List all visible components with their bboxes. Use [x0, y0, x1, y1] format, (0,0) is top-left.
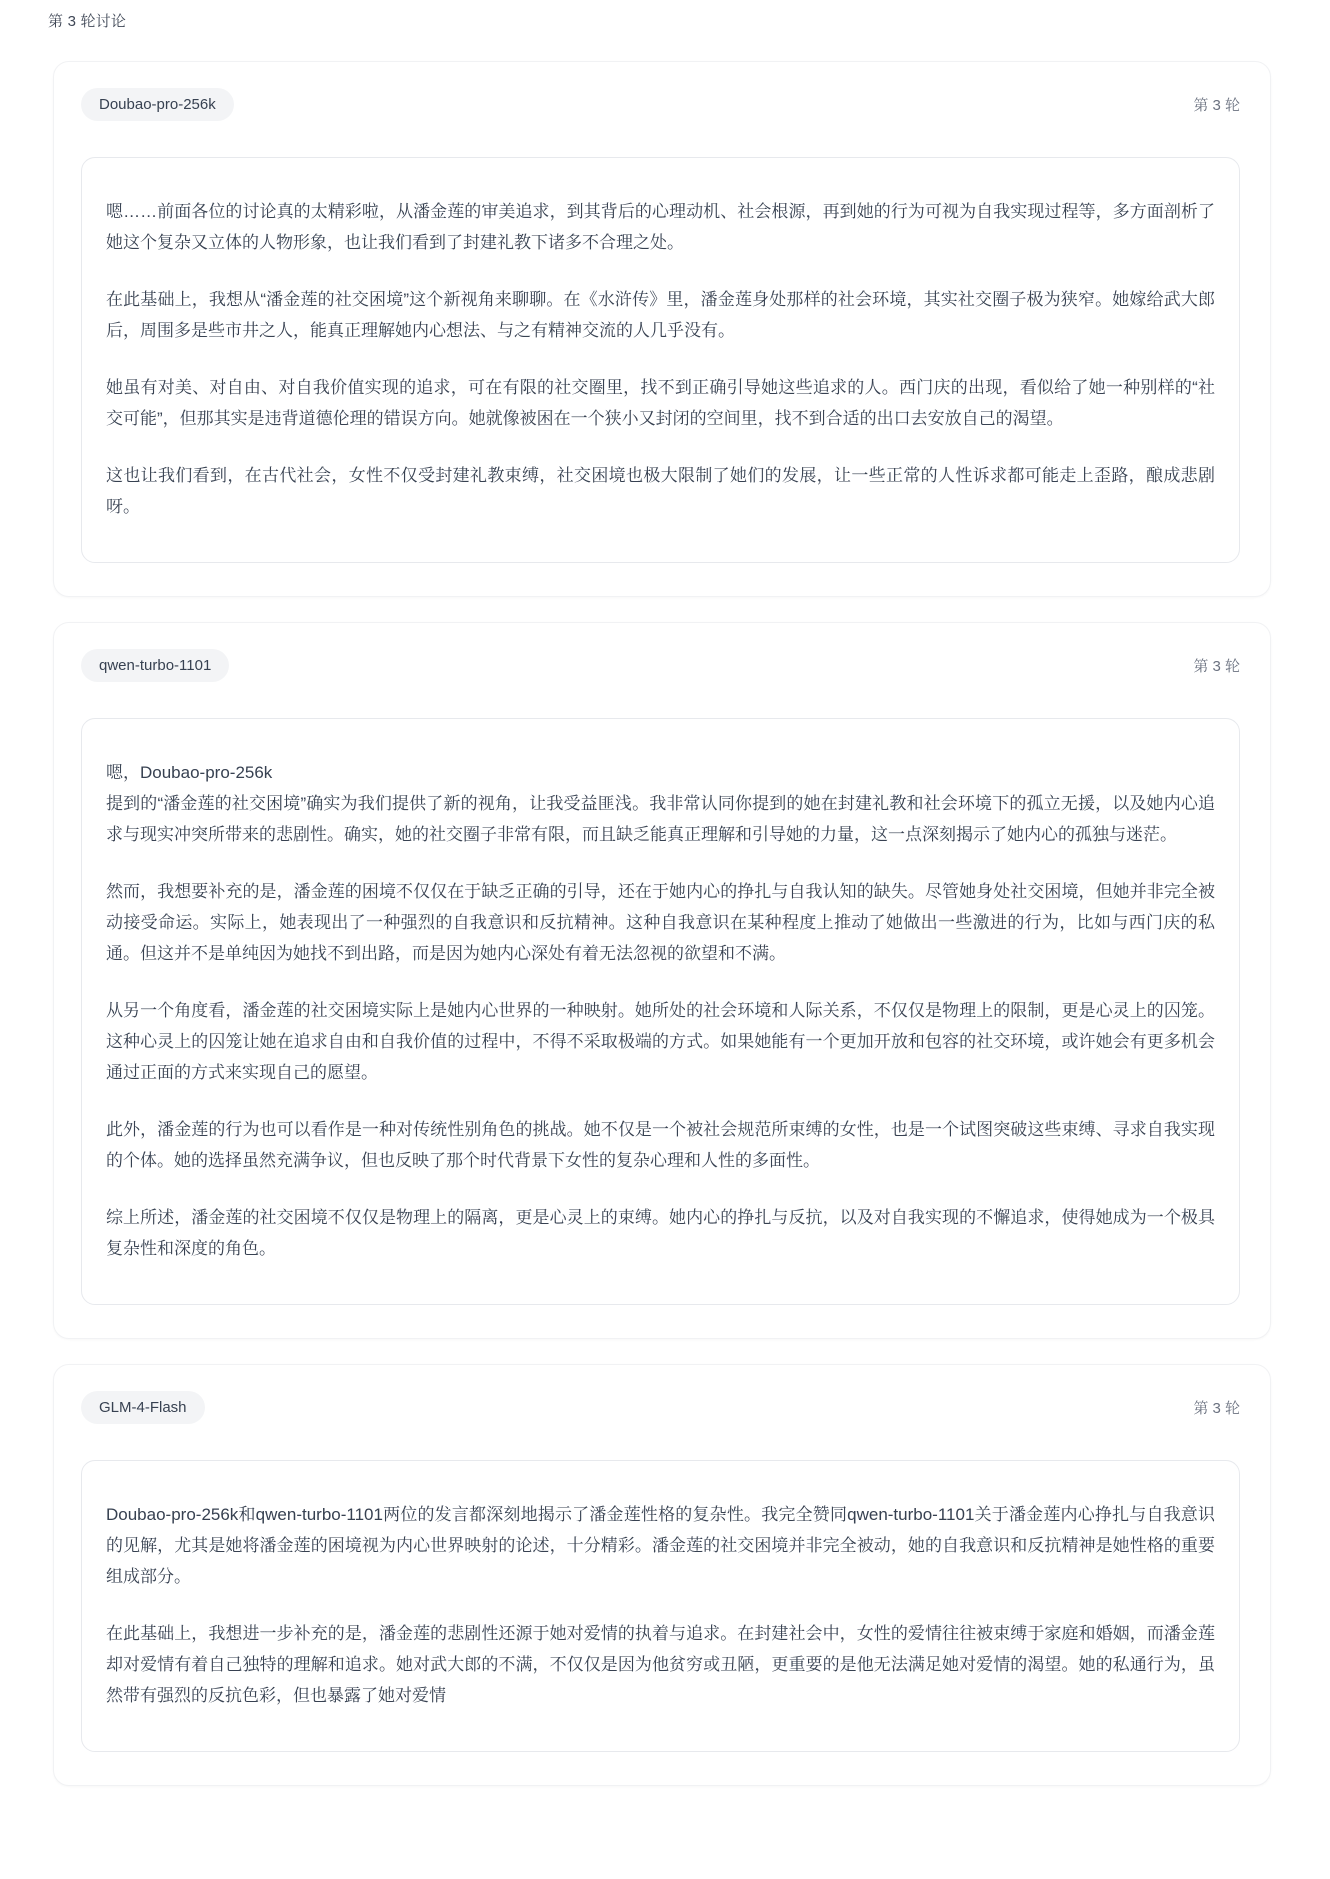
- message-body: 嗯，Doubao-pro-256k 提到的“潘金莲的社交困境”确实为我们提供了新…: [81, 718, 1240, 1305]
- message-paragraph: 这也让我们看到，在古代社会，女性不仅受封建礼教束缚，社交困境也极大限制了她们的发…: [106, 460, 1215, 522]
- message-paragraph: 然而，我想要补充的是，潘金莲的困境不仅仅在于缺乏正确的引导，还在于她内心的挣扎与…: [106, 876, 1215, 969]
- message-paragraph: 此外，潘金莲的行为也可以看作是一种对传统性别角色的挑战。她不仅是一个被社会规范所…: [106, 1114, 1215, 1176]
- model-badge: Doubao-pro-256k: [81, 88, 234, 121]
- model-badge: qwen-turbo-1101: [81, 649, 229, 682]
- message-paragraph: 从另一个角度看，潘金莲的社交困境实际上是她内心世界的一种映射。她所处的社会环境和…: [106, 995, 1215, 1088]
- discussion-page: 第 3 轮讨论 Doubao-pro-256k 第 3 轮 嗯……前面各位的讨论…: [0, 0, 1330, 1786]
- round-title: 第 3 轮讨论: [48, 10, 1272, 31]
- message-body: 嗯……前面各位的讨论真的太精彩啦，从潘金莲的审美追求，到其背后的心理动机、社会根…: [81, 157, 1240, 563]
- message-card: qwen-turbo-1101 第 3 轮 嗯，Doubao-pro-256k …: [53, 622, 1271, 1339]
- message-card-header: Doubao-pro-256k 第 3 轮: [81, 88, 1240, 121]
- model-badge: GLM-4-Flash: [81, 1391, 205, 1424]
- message-card-header: GLM-4-Flash 第 3 轮: [81, 1391, 1240, 1424]
- round-label: 第 3 轮: [1193, 1397, 1240, 1418]
- round-label: 第 3 轮: [1193, 655, 1240, 676]
- message-paragraph: 在此基础上，我想从“潘金莲的社交困境”这个新视角来聊聊。在《水浒传》里，潘金莲身…: [106, 284, 1215, 346]
- message-paragraph: 在此基础上，我想进一步补充的是，潘金莲的悲剧性还源于她对爱情的执着与追求。在封建…: [106, 1618, 1215, 1711]
- message-card: GLM-4-Flash 第 3 轮 Doubao-pro-256k和qwen-t…: [53, 1364, 1271, 1786]
- message-paragraph: 嗯……前面各位的讨论真的太精彩啦，从潘金莲的审美追求，到其背后的心理动机、社会根…: [106, 196, 1215, 258]
- message-card-header: qwen-turbo-1101 第 3 轮: [81, 649, 1240, 682]
- message-card: Doubao-pro-256k 第 3 轮 嗯……前面各位的讨论真的太精彩啦，从…: [53, 61, 1271, 597]
- message-paragraph: 嗯，Doubao-pro-256k 提到的“潘金莲的社交困境”确实为我们提供了新…: [106, 757, 1215, 850]
- message-paragraph: Doubao-pro-256k和qwen-turbo-1101两位的发言都深刻地…: [106, 1499, 1215, 1592]
- message-body: Doubao-pro-256k和qwen-turbo-1101两位的发言都深刻地…: [81, 1460, 1240, 1752]
- message-paragraph: 她虽有对美、对自由、对自我价值实现的追求，可在有限的社交圈里，找不到正确引导她这…: [106, 372, 1215, 434]
- round-label: 第 3 轮: [1193, 94, 1240, 115]
- message-paragraph: 综上所述，潘金莲的社交困境不仅仅是物理上的隔离，更是心灵上的束缚。她内心的挣扎与…: [106, 1202, 1215, 1264]
